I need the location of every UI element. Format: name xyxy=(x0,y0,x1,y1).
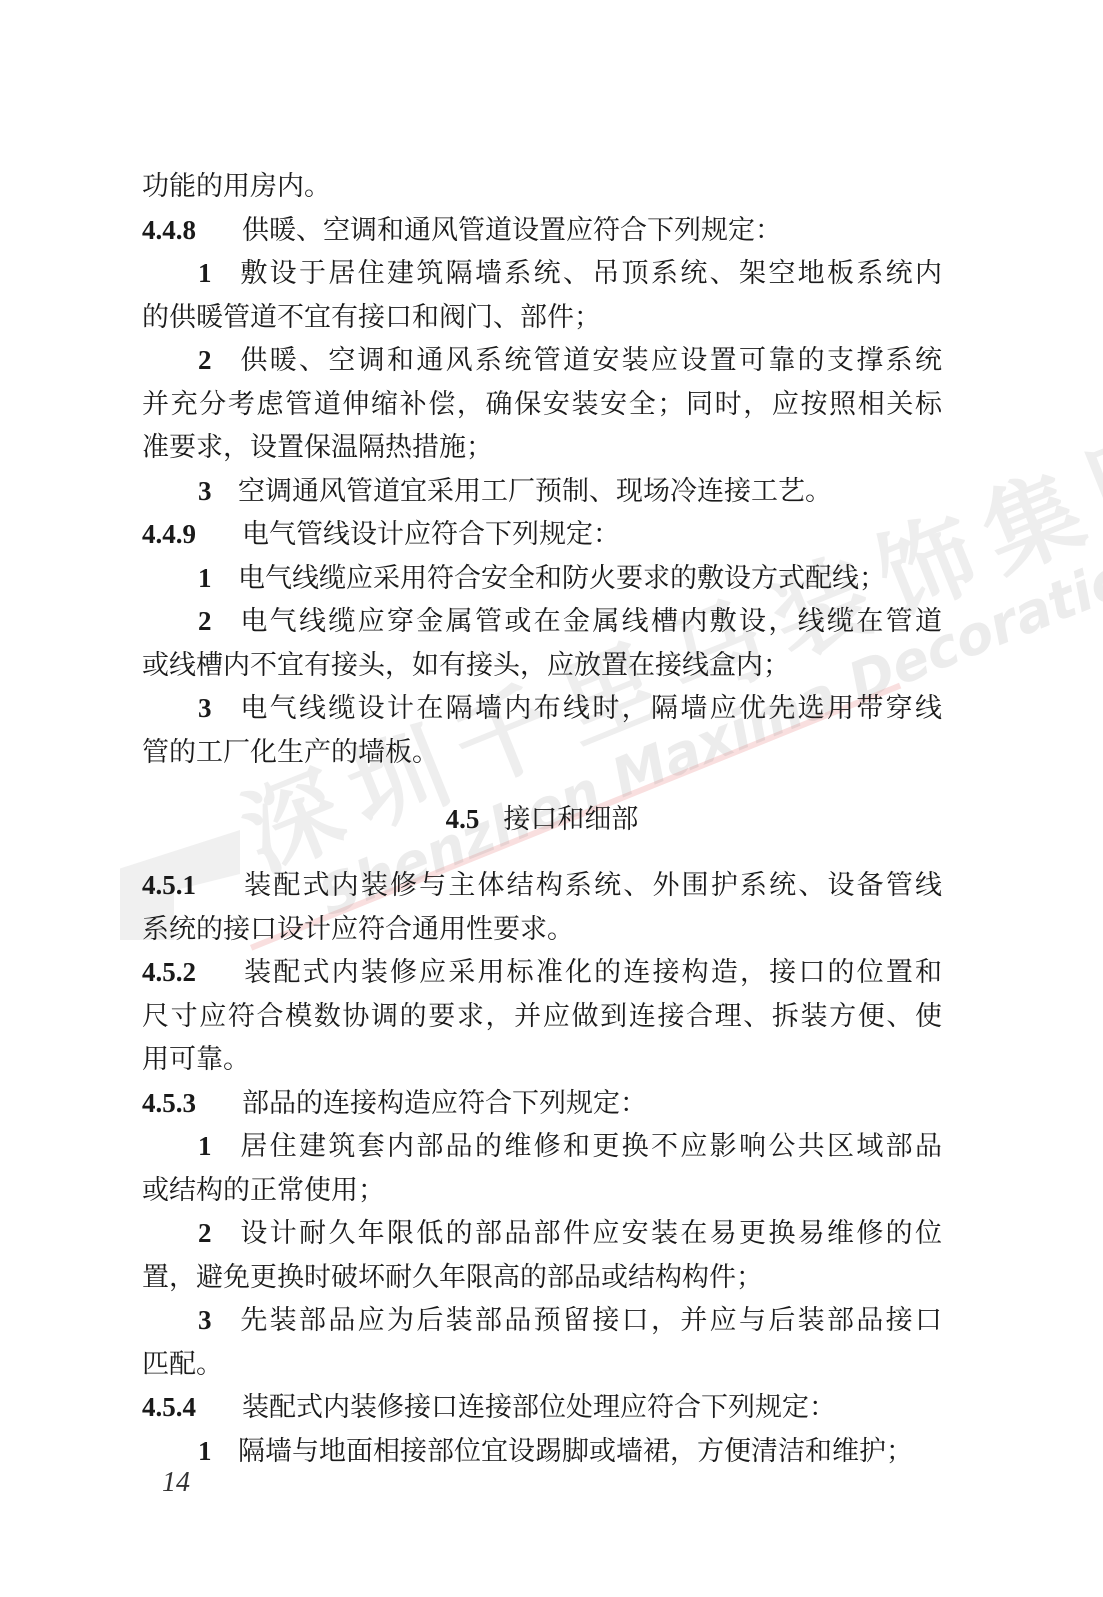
page-content: 功能的用房内。 4.4.8供暖、空调和通风管道设置应符合下列规定： 1敷设于居住… xyxy=(142,165,942,1473)
item-number: 1 xyxy=(198,252,238,296)
item-number: 2 xyxy=(198,600,238,644)
item-line: 2设计耐久年限低的部品部件应安装在易更换易维修的位 xyxy=(142,1212,942,1256)
document-page: 深圳千里马装饰集团 Shenzhen Maxima Decoration Gro… xyxy=(0,0,1103,1597)
clause-4-5-2: 4.5.2装配式内装修应采用标准化的连接构造，接口的位置和 xyxy=(142,951,942,995)
continuation-line: 功能的用房内。 xyxy=(142,165,942,209)
item-line: 1隔墙与地面相接部位宜设踢脚或墙裙，方便清洁和维护； xyxy=(142,1430,942,1474)
clause-4-5-4: 4.5.4装配式内装修接口连接部位处理应符合下列规定： xyxy=(142,1386,942,1430)
clause-4-5-1: 4.5.1装配式内装修与主体结构系统、外围护系统、设备管线 xyxy=(142,864,942,908)
clause-4-4-9: 4.4.9电气管线设计应符合下列规定： xyxy=(142,513,942,557)
section-heading: 4.5接口和细部 xyxy=(142,774,942,864)
clause-number: 4.5.1 xyxy=(142,864,242,908)
clause-4-4-8: 4.4.8供暖、空调和通风管道设置应符合下列规定： xyxy=(142,209,942,253)
item-line: 1敷设于居住建筑隔墙系统、吊顶系统、架空地板系统内 xyxy=(142,252,942,296)
item-line: 管的工厂化生产的墙板。 xyxy=(142,731,942,775)
section-title: 接口和细部 xyxy=(503,804,638,835)
item-number: 3 xyxy=(198,687,238,731)
item-number: 2 xyxy=(198,1212,238,1256)
item-line: 3先装部品应为后装部品预留接口，并应与后装部品接口 xyxy=(142,1299,942,1343)
item-line: 3空调通风管道宜采用工厂预制、现场冷连接工艺。 xyxy=(142,470,942,514)
item-number: 3 xyxy=(198,470,238,514)
clause-number: 4.5.4 xyxy=(142,1386,242,1430)
clause-number: 4.4.9 xyxy=(142,513,242,557)
clause-number: 4.4.8 xyxy=(142,209,242,253)
item-number: 1 xyxy=(198,1125,238,1169)
item-line: 匹配。 xyxy=(142,1343,942,1387)
item-line: 准要求，设置保温隔热措施； xyxy=(142,426,942,470)
clause-number: 4.5.2 xyxy=(142,951,242,995)
item-line: 并充分考虑管道伸缩补偿，确保安装安全；同时，应按照相关标 xyxy=(142,383,942,427)
item-line: 置，避免更换时破坏耐久年限高的部品或结构构件； xyxy=(142,1256,942,1300)
item-line: 2供暖、空调和通风系统管道安装应设置可靠的支撑系统 xyxy=(142,339,942,383)
item-line: 或结构的正常使用； xyxy=(142,1169,942,1213)
section-number: 4.5 xyxy=(446,804,480,834)
item-number: 3 xyxy=(198,1299,238,1343)
item-line: 3电气线缆设计在隔墙内布线时，隔墙应优先选用带穿线 xyxy=(142,687,942,731)
item-number: 1 xyxy=(198,1430,238,1474)
item-number: 1 xyxy=(198,557,238,601)
item-line: 1居住建筑套内部品的维修和更换不应影响公共区域部品 xyxy=(142,1125,942,1169)
item-line: 2电气线缆应穿金属管或在金属线槽内敷设，线缆在管道 xyxy=(142,600,942,644)
clause-line: 尺寸应符合模数协调的要求，并应做到连接合理、拆装方便、使 xyxy=(142,995,942,1039)
item-line: 1电气线缆应采用符合安全和防火要求的敷设方式配线； xyxy=(142,557,942,601)
item-line: 的供暖管道不宜有接口和阀门、部件； xyxy=(142,296,942,340)
clause-line: 用可靠。 xyxy=(142,1038,942,1082)
clause-4-5-3: 4.5.3部品的连接构造应符合下列规定： xyxy=(142,1082,942,1126)
clause-number: 4.5.3 xyxy=(142,1082,242,1126)
item-line: 或线槽内不宜有接头，如有接头，应放置在接线盒内； xyxy=(142,644,942,688)
clause-line: 系统的接口设计应符合通用性要求。 xyxy=(142,908,942,952)
item-number: 2 xyxy=(198,339,238,383)
